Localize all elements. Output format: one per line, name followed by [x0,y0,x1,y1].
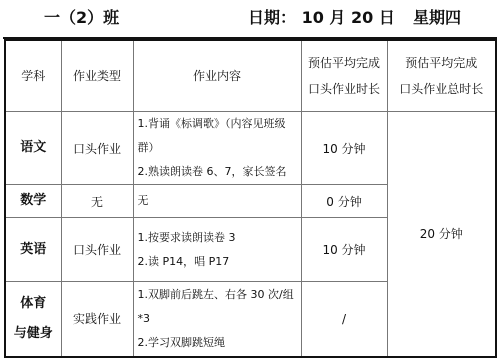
col-header-content: 作业内容 [133,40,301,112]
col-header-duration-line2: 口头作业时长 [302,76,387,102]
content-cell: 1.双脚前后跳左、右各 30 次/组*3 2.学习双脚跳短绳 [133,282,301,357]
type-cell: 实践作业 [61,282,133,357]
subject-cell: 体育 与健身 [5,282,61,357]
content-line: 1.按要求读朗读卷 3 [138,226,301,250]
subject-cell: 语文 [5,112,61,185]
duration-cell: / [301,282,387,357]
type-cell: 口头作业 [61,218,133,282]
homework-table: 学科 作业类型 作业内容 预估平均完成 口头作业时长 预估平均完成 口头作业总时… [4,39,497,358]
total-duration-cell: 20 分钟 [387,112,496,357]
type-cell: 口头作业 [61,112,133,185]
content-line: 2.学习双脚跳短绳 [138,331,301,355]
title-row: 一（2）班 日期： 10 月 20 日 星期四 [0,0,500,30]
col-header-total-line2: 口头作业总时长 [388,76,496,102]
col-header-duration-line1: 预估平均完成 [302,50,387,76]
subject-cell: 数学 [5,185,61,218]
content-cell: 1.按要求读朗读卷 3 2.读 P14，唱 P17 [133,218,301,282]
class-name: 一（2）班 [44,5,119,28]
col-header-type: 作业类型 [61,40,133,112]
table-row: 语文 口头作业 1.背诵《标调歌》（内容见班级群） 2.熟读朗读卷 6、7，家长… [5,112,496,185]
content-cell: 1.背诵《标调歌》（内容见班级群） 2.熟读朗读卷 6、7，家长签名 [133,112,301,185]
table-header-row: 学科 作业类型 作业内容 预估平均完成 口头作业时长 预估平均完成 口头作业总时… [5,40,496,112]
col-header-total-line1: 预估平均完成 [388,50,496,76]
duration-cell: 0 分钟 [301,185,387,218]
col-header-duration: 预估平均完成 口头作业时长 [301,40,387,112]
content-line: 1.双脚前后跳左、右各 30 次/组*3 [138,283,301,331]
subject-line: 与健身 [6,319,61,349]
subject-line: 体育 [6,289,61,319]
content-line: 2.熟读朗读卷 6、7，家长签名 [138,160,301,184]
content-cell: 无 [133,185,301,218]
col-header-subject: 学科 [5,40,61,112]
content-line: 2.读 P14，唱 P17 [138,250,301,274]
subject-cell: 英语 [5,218,61,282]
col-header-total: 预估平均完成 口头作业总时长 [387,40,496,112]
duration-cell: 10 分钟 [301,112,387,185]
type-cell: 无 [61,185,133,218]
duration-cell: 10 分钟 [301,218,387,282]
date-label: 日期： 10 月 20 日 [248,5,395,28]
content-line: 1.背诵《标调歌》（内容见班级群） [138,112,301,160]
weekday-label: 星期四 [413,5,461,28]
